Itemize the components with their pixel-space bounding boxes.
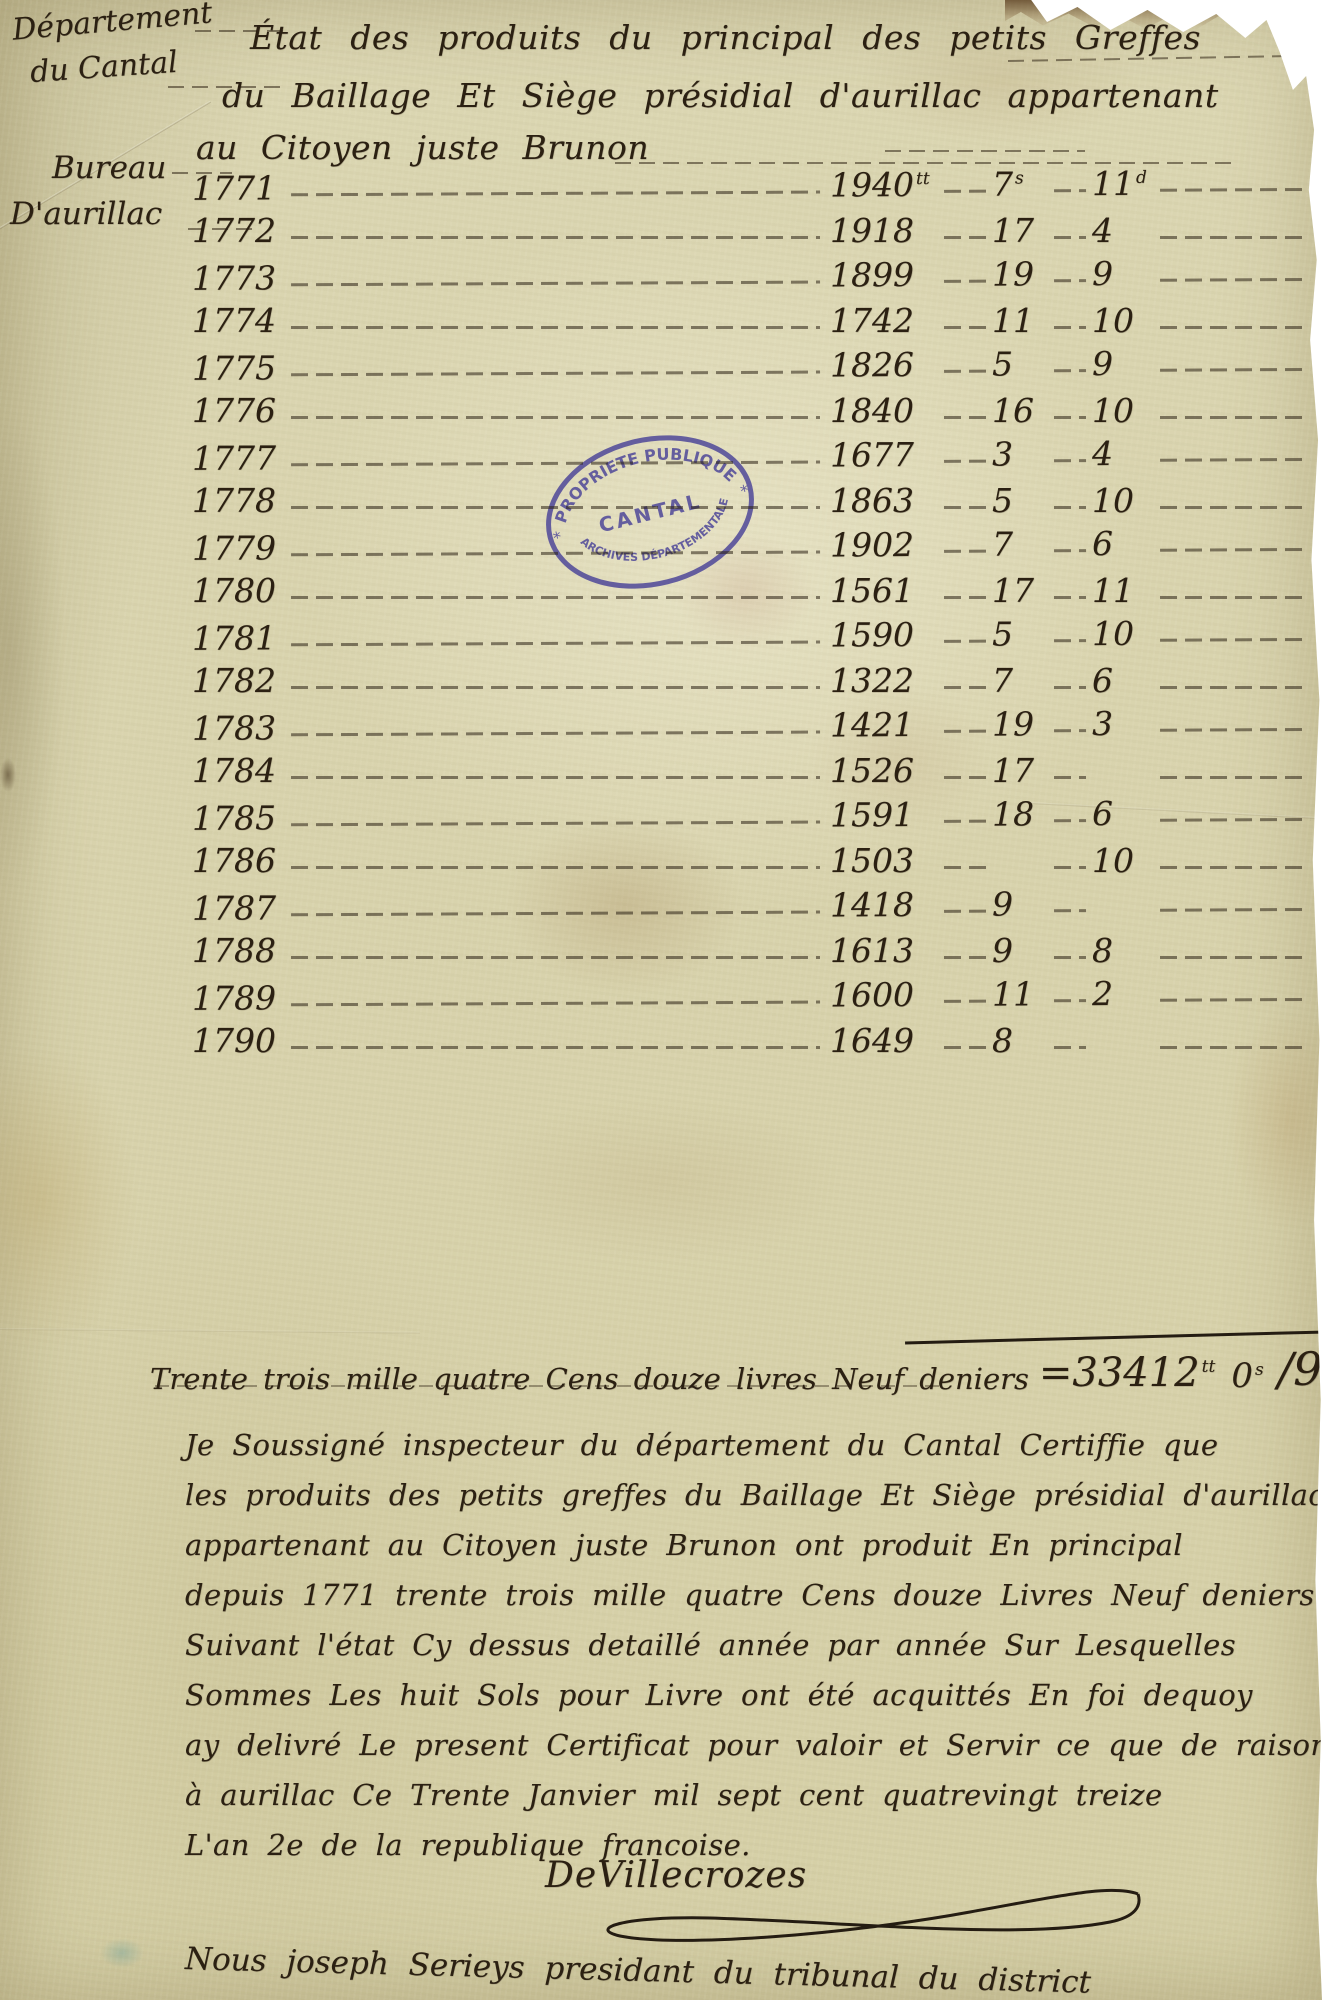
row-year: 1778 (150, 481, 285, 520)
dash-filler (1160, 596, 1310, 599)
dash-filler (1054, 416, 1086, 419)
dash-filler (1160, 416, 1310, 419)
dash-filler (1054, 686, 1086, 689)
table-row: 1775 1826tt 5s 9d (150, 337, 1310, 388)
certification-line: ay delivré Le present Certificat pour va… (185, 1728, 1320, 1778)
dash-filler (291, 911, 820, 917)
dash-filler (291, 236, 820, 239)
dash-filler (291, 686, 820, 689)
dash-filler (1054, 819, 1086, 822)
dash-filler (1054, 369, 1086, 372)
table-row: 1786 1503tt s 10d (150, 835, 1310, 880)
dash-filler (1054, 999, 1086, 1002)
row-year: 1782 (150, 661, 285, 700)
dash-filler (944, 1046, 986, 1049)
dash-filler (1160, 728, 1310, 732)
row-livres: 1526tt (830, 751, 938, 790)
row-deniers: 9d (1092, 344, 1154, 383)
row-sols: 9s (992, 931, 1048, 970)
certification-line: depuis 1771 trente trois mille quatre Ce… (185, 1578, 1320, 1628)
table-row: 1776 1840tt 16s 10d (150, 385, 1310, 430)
row-sols: 19s (992, 254, 1048, 293)
dash-filler (1054, 596, 1086, 599)
table-row: 1784 1526tt 17s d (150, 745, 1310, 790)
dash-filler (1054, 909, 1086, 912)
row-deniers: 6d (1092, 661, 1154, 700)
dash-filler (944, 910, 986, 913)
dash-filler (291, 731, 820, 737)
row-livres: 1561tt (830, 571, 938, 610)
dash-filler (1160, 188, 1310, 192)
row-sols: 7s (992, 524, 1048, 563)
dash-filler (885, 150, 1085, 152)
row-deniers: 4d (1092, 211, 1154, 250)
table-row: 1788 1613tt 9s 8d (150, 925, 1310, 970)
dash-filler (1160, 998, 1310, 1002)
certification-line: les produits des petits greffes du Baill… (185, 1478, 1320, 1528)
row-livres: 1840tt (830, 391, 938, 430)
row-year: 1772 (150, 211, 285, 250)
row-livres: 1677tt (830, 435, 938, 475)
dash-filler (1160, 956, 1310, 959)
row-deniers: 3d (1092, 704, 1154, 743)
row-sols: 7s (992, 164, 1048, 203)
dash-filler (1054, 326, 1086, 329)
signature-flourish (590, 1882, 1150, 1957)
row-livres: 1590tt (830, 615, 938, 655)
row-year: 1781 (150, 618, 285, 658)
dash-filler (291, 776, 820, 779)
dash-filler (944, 686, 986, 689)
row-deniers: 6d (1092, 524, 1154, 563)
total-livres: =33412tt (1039, 1350, 1215, 1396)
dash-filler (1054, 459, 1086, 462)
row-deniers: d (1092, 751, 1154, 790)
dash-filler (291, 866, 820, 869)
dash-filler (291, 551, 820, 557)
table-row: 1790 1649tt 8s d (150, 1015, 1310, 1060)
paper-sheet: Département du Cantal Bureau D'aurillac … (0, 0, 1322, 2000)
dash-filler (944, 370, 986, 373)
dash-filler (291, 956, 820, 959)
row-livres: 1591tt (830, 795, 938, 835)
table-row: 1783 1421tt 19s 3d (150, 697, 1310, 748)
dash-filler (1054, 866, 1086, 869)
row-deniers: 10d (1092, 841, 1154, 880)
row-deniers: 9d (1092, 254, 1154, 293)
row-deniers: 8d (1092, 931, 1154, 970)
total-words: Trente trois mille quatre Cens douze liv… (150, 1362, 1029, 1396)
table-row: 1785 1591tt 18s 6d (150, 787, 1310, 838)
fold-crease (0, 1328, 420, 1334)
row-sols: 5s (992, 344, 1048, 383)
title-line-1: État des produits du principal des petit… (250, 18, 1201, 57)
total-row: Trente trois mille quatre Cens douze liv… (150, 1342, 1310, 1396)
row-sols: 11s (992, 301, 1048, 340)
row-livres: 1600tt (830, 975, 938, 1015)
row-sols: 9s (992, 884, 1048, 923)
row-year: 1776 (150, 391, 285, 430)
dash-filler (1054, 236, 1086, 239)
row-year: 1784 (150, 751, 285, 790)
row-deniers: 4d (1092, 434, 1154, 473)
dash-filler (1160, 686, 1310, 689)
row-deniers: d (1092, 1021, 1154, 1060)
dash-filler (1160, 866, 1310, 869)
row-livres: 1863tt (830, 481, 938, 520)
row-livres: 1899tt (830, 255, 938, 295)
sols-unit: s (1255, 1360, 1264, 1380)
dash-filler (1160, 326, 1310, 329)
pin-hole (0, 758, 16, 792)
row-deniers: d (1092, 884, 1154, 923)
dash-filler (1160, 278, 1310, 282)
livres-unit: tt (916, 169, 930, 189)
row-sols: 5s (992, 481, 1048, 520)
dash-filler (1160, 548, 1310, 552)
dash-filler (944, 416, 986, 419)
row-sols: 3s (992, 434, 1048, 473)
row-year: 1785 (150, 798, 285, 838)
table-row: 1789 1600tt 11s 2d (150, 967, 1310, 1018)
margin-departement: Département (11, 0, 214, 48)
dash-filler (291, 371, 820, 377)
dash-filler (291, 281, 820, 287)
table-row: 1780 1561tt 17s 11d (150, 565, 1310, 610)
ink-smudge (100, 1938, 144, 1968)
row-livres: 1503tt (830, 841, 938, 880)
row-year: 1788 (150, 931, 285, 970)
row-sols: 7s (992, 661, 1048, 700)
certification-line: appartenant au Citoyen juste Brunon ont … (185, 1528, 1320, 1578)
dash-filler (1160, 458, 1310, 462)
dash-filler (944, 1000, 986, 1003)
table-row: 1777 1677tt 3s 4d (150, 427, 1310, 478)
row-livres: 1902tt (830, 525, 938, 565)
row-livres: 1649tt (830, 1021, 938, 1060)
table-row: 1771 1940tt 7s 11d (150, 157, 1310, 208)
row-sols: s (992, 841, 1048, 880)
dash-filler (944, 460, 986, 463)
row-year: 1775 (150, 348, 285, 388)
row-sols: 18s (992, 794, 1048, 833)
dash-filler (1054, 189, 1086, 192)
row-year: 1790 (150, 1021, 285, 1060)
row-livres: 1742tt (830, 301, 938, 340)
dash-filler (1054, 729, 1086, 732)
row-deniers: 10d (1092, 391, 1154, 430)
dash-filler (1054, 639, 1086, 642)
dash-filler (1054, 506, 1086, 509)
row-livres: 1940tt (830, 165, 938, 205)
dash-filler (291, 641, 820, 647)
row-deniers: 10d (1092, 301, 1154, 340)
dash-filler (944, 190, 986, 193)
certification-line: Sommes Les huit Sols pour Livre ont été … (185, 1678, 1320, 1728)
margin-cantal: du Cantal (29, 45, 179, 90)
row-sols: 16s (992, 391, 1048, 430)
row-year: 1773 (150, 258, 285, 298)
row-sols: 19s (992, 704, 1048, 743)
row-livres: 1421tt (830, 705, 938, 745)
dash-filler (944, 640, 986, 643)
sols-unit: s (1015, 168, 1024, 188)
dash-filler (1054, 1046, 1086, 1049)
margin-aurillac: D'aurillac (10, 196, 162, 232)
table-row: 1779 1902tt 7s 6d (150, 517, 1310, 568)
dash-filler (944, 550, 986, 553)
table-row: 1782 1322tt 7s 6d (150, 655, 1310, 700)
row-livres: 1418tt (830, 885, 938, 925)
row-sols: 5s (992, 614, 1048, 653)
dash-filler (944, 326, 986, 329)
row-deniers: 6d (1092, 794, 1154, 833)
dash-filler (944, 236, 986, 239)
dash-filler (291, 1046, 820, 1049)
dash-filler (291, 506, 820, 509)
title-line-2: du Baillage Et Siège présidial d'aurilla… (222, 76, 1219, 115)
dash-filler (1160, 638, 1310, 642)
certification-line: à aurillac Ce Trente Janvier mil sept ce… (185, 1778, 1320, 1828)
dash-filler (1160, 236, 1310, 239)
livres-unit: tt (1202, 1357, 1216, 1377)
row-deniers: 10d (1092, 614, 1154, 653)
row-sols: 17s (992, 751, 1048, 790)
row-deniers: 2d (1092, 974, 1154, 1013)
row-year: 1786 (150, 841, 285, 880)
dash-filler (1160, 818, 1310, 822)
row-year: 1787 (150, 888, 285, 928)
row-year: 1774 (150, 301, 285, 340)
total-deniers: /9d (1278, 1342, 1322, 1396)
row-livres: 1613tt (830, 931, 938, 970)
dash-filler (291, 326, 820, 329)
dash-filler (291, 821, 820, 827)
row-year: 1783 (150, 708, 285, 748)
dash-filler (291, 596, 820, 599)
deniers-unit: d (1136, 168, 1147, 188)
dash-filler (1160, 908, 1310, 912)
dash-filler (291, 416, 820, 419)
table-row: 1772 1918tt 17s 4d (150, 205, 1310, 250)
dash-filler (944, 820, 986, 823)
dash-filler (1160, 776, 1310, 779)
row-sols: 17s (992, 211, 1048, 250)
row-sols: 8s (992, 1021, 1048, 1060)
certification-paragraph: Je Soussigné inspecteur du département d… (185, 1428, 1320, 1878)
row-year: 1780 (150, 571, 285, 610)
table-row: 1774 1742tt 11s 10d (150, 295, 1310, 340)
table-row: 1781 1590tt 5s 10d (150, 607, 1310, 658)
row-sols: 11s (992, 974, 1048, 1013)
row-year: 1789 (150, 978, 285, 1018)
dash-filler (1054, 279, 1086, 282)
dash-filler (944, 596, 986, 599)
table-row: 1778 1863tt 5s 10d (150, 475, 1310, 520)
row-livres: 1918tt (830, 211, 938, 250)
dash-filler (944, 956, 986, 959)
certification-line: Je Soussigné inspecteur du département d… (185, 1428, 1320, 1478)
row-year: 1771 (150, 168, 285, 208)
dash-filler (944, 280, 986, 283)
row-sols: 17s (992, 571, 1048, 610)
row-year: 1777 (150, 438, 285, 478)
dash-filler (291, 1001, 820, 1007)
row-deniers: 10d (1092, 481, 1154, 520)
dash-filler (1054, 549, 1086, 552)
manuscript-page: Département du Cantal Bureau D'aurillac … (0, 0, 1322, 2000)
row-livres: 1322tt (830, 661, 938, 700)
row-deniers: 11d (1092, 571, 1154, 610)
total-sols: 0s (1231, 1356, 1263, 1396)
dash-filler (1160, 368, 1310, 372)
certification-line: Suivant l'état Cy dessus detaillé année … (185, 1628, 1320, 1678)
table-row: 1773 1899tt 19s 9d (150, 247, 1310, 298)
dash-filler (1160, 506, 1310, 509)
dash-filler (1054, 956, 1086, 959)
row-livres: 1826tt (830, 345, 938, 385)
dash-filler (944, 506, 986, 509)
table-row: 1787 1418tt 9s d (150, 877, 1310, 928)
row-year: 1779 (150, 528, 285, 568)
dash-filler (944, 866, 986, 869)
dash-filler (944, 730, 986, 733)
dash-filler (291, 461, 820, 467)
dash-filler (944, 776, 986, 779)
dash-filler (1054, 776, 1086, 779)
dash-filler (291, 191, 820, 197)
row-deniers: 11d (1092, 164, 1154, 203)
dash-filler (1160, 1046, 1310, 1049)
revenue-table: 1771 1940tt 7s 11d 1772 1918tt 17s 4d (150, 160, 1310, 1060)
